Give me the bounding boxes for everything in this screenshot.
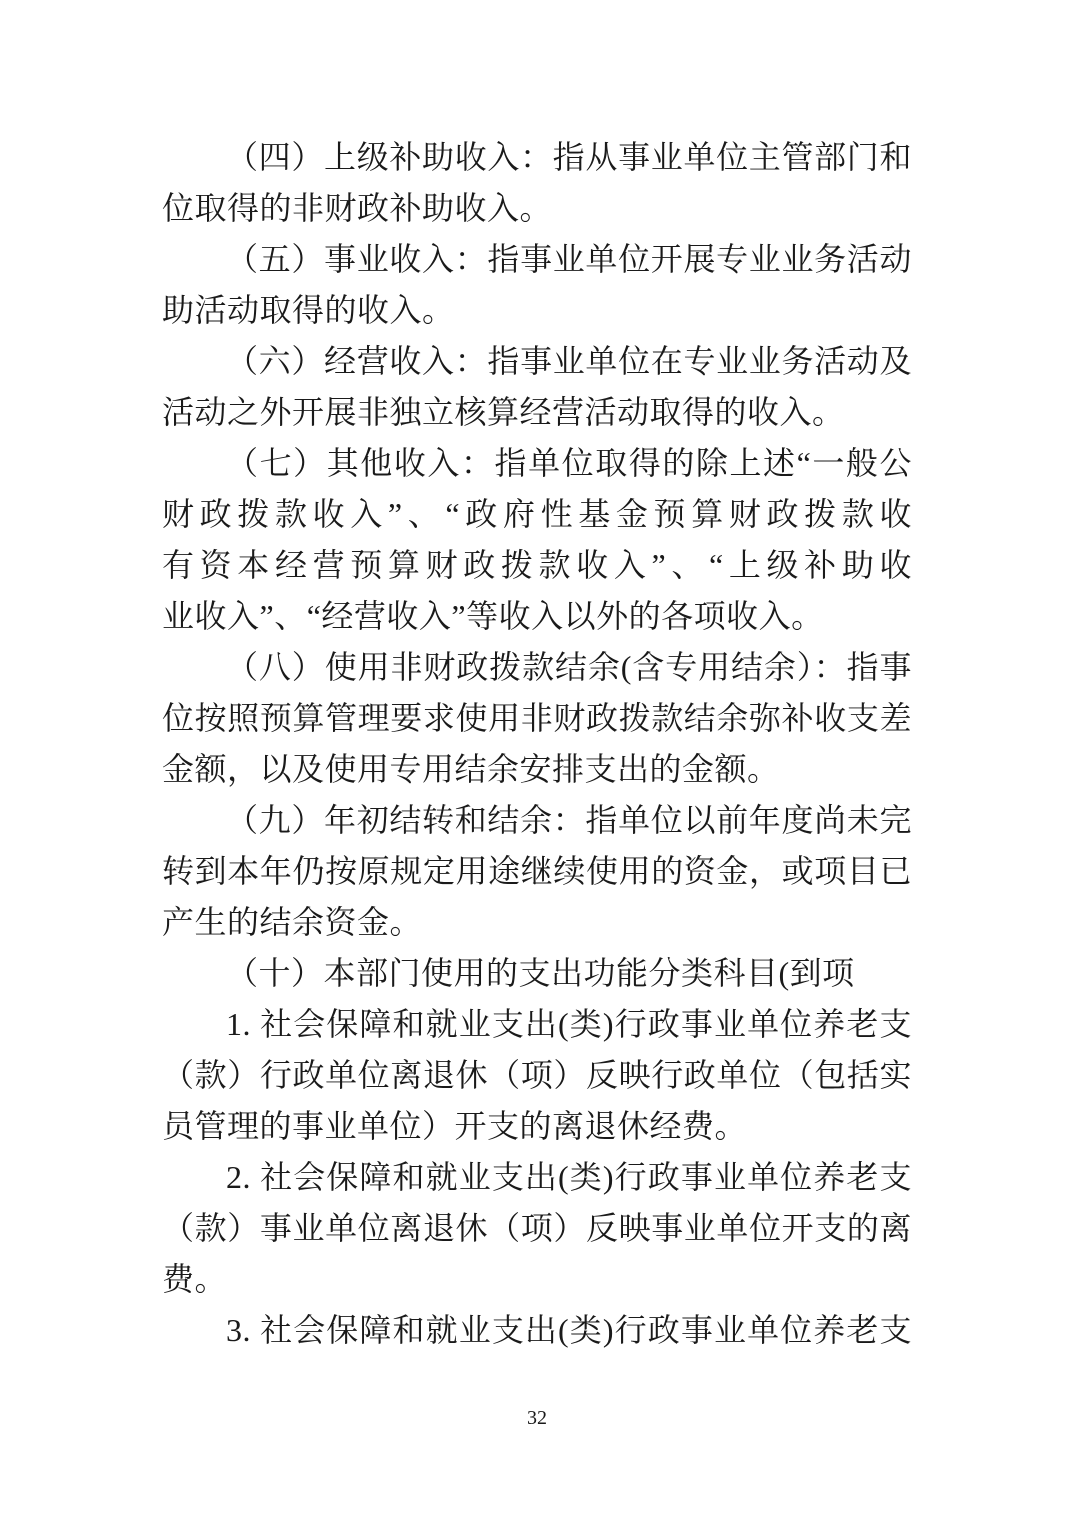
text-line: （十）本部门使用的支出功能分类科目(到项级)。: [162, 948, 912, 999]
text-line: （七）其他收入：指单位取得的除上述“一般公共预算: [162, 438, 912, 489]
text-line: 业收入”、“经营收入”等收入以外的各项收入。: [162, 591, 912, 642]
text-line: 转到本年仍按原规定用途继续使用的资金，或项目已完成等: [162, 846, 912, 897]
text-line: （四）上级补助收入：指从事业单位主管部门和上级单: [162, 132, 912, 183]
document-page: （四）上级补助收入：指从事业单位主管部门和上级单位取得的非财政补助收入。（五）事…: [0, 0, 1074, 1520]
text-line: 财政拨款收入”、“政府性基金预算财政拨款收入”、“国: [162, 489, 912, 540]
text-line: 位按照预算管理要求使用非财政拨款结余弥补收支差额的: [162, 693, 912, 744]
text-line: 位取得的非财政补助收入。: [162, 183, 912, 234]
document-body: （四）上级补助收入：指从事业单位主管部门和上级单位取得的非财政补助收入。（五）事…: [162, 132, 912, 1356]
page-footer: 32: [0, 1404, 1074, 1432]
text-line: 2. 社会保障和就业支出(类)行政事业单位养老支出: [162, 1152, 912, 1203]
text-line: 助活动取得的收入。: [162, 285, 912, 336]
text-line: 员管理的事业单位）开支的离退休经费。: [162, 1101, 912, 1152]
text-line: 金额，以及使用专用结余安排支出的金额。: [162, 744, 912, 795]
text-line: 产生的结余资金。: [162, 897, 912, 948]
text-line: （八）使用非财政拨款结余(含专用结余）：指事业单: [162, 642, 912, 693]
text-line: （五）事业收入：指事业单位开展专业业务活动及其辅: [162, 234, 912, 285]
text-line: （九）年初结转和结余：指单位以前年度尚未完成、结: [162, 795, 912, 846]
text-line: （款）事业单位离退休（项）反映事业单位开支的离退休经: [162, 1203, 912, 1254]
text-line: 活动之外开展非独立核算经营活动取得的收入。: [162, 387, 912, 438]
text-line: 1. 社会保障和就业支出(类)行政事业单位养老支出: [162, 999, 912, 1050]
text-line: 有资本经营预算财政拨款收入”、“上级补助收入”、“事: [162, 540, 912, 591]
text-line: （六）经营收入：指事业单位在专业业务活动及其辅助: [162, 336, 912, 387]
page-number: 32: [527, 1407, 547, 1429]
text-line: （款）行政单位离退休（项）反映行政单位（包括实行公务: [162, 1050, 912, 1101]
text-line: 3. 社会保障和就业支出(类)行政事业单位养老支出: [162, 1305, 912, 1356]
text-line: 费。: [162, 1254, 912, 1305]
